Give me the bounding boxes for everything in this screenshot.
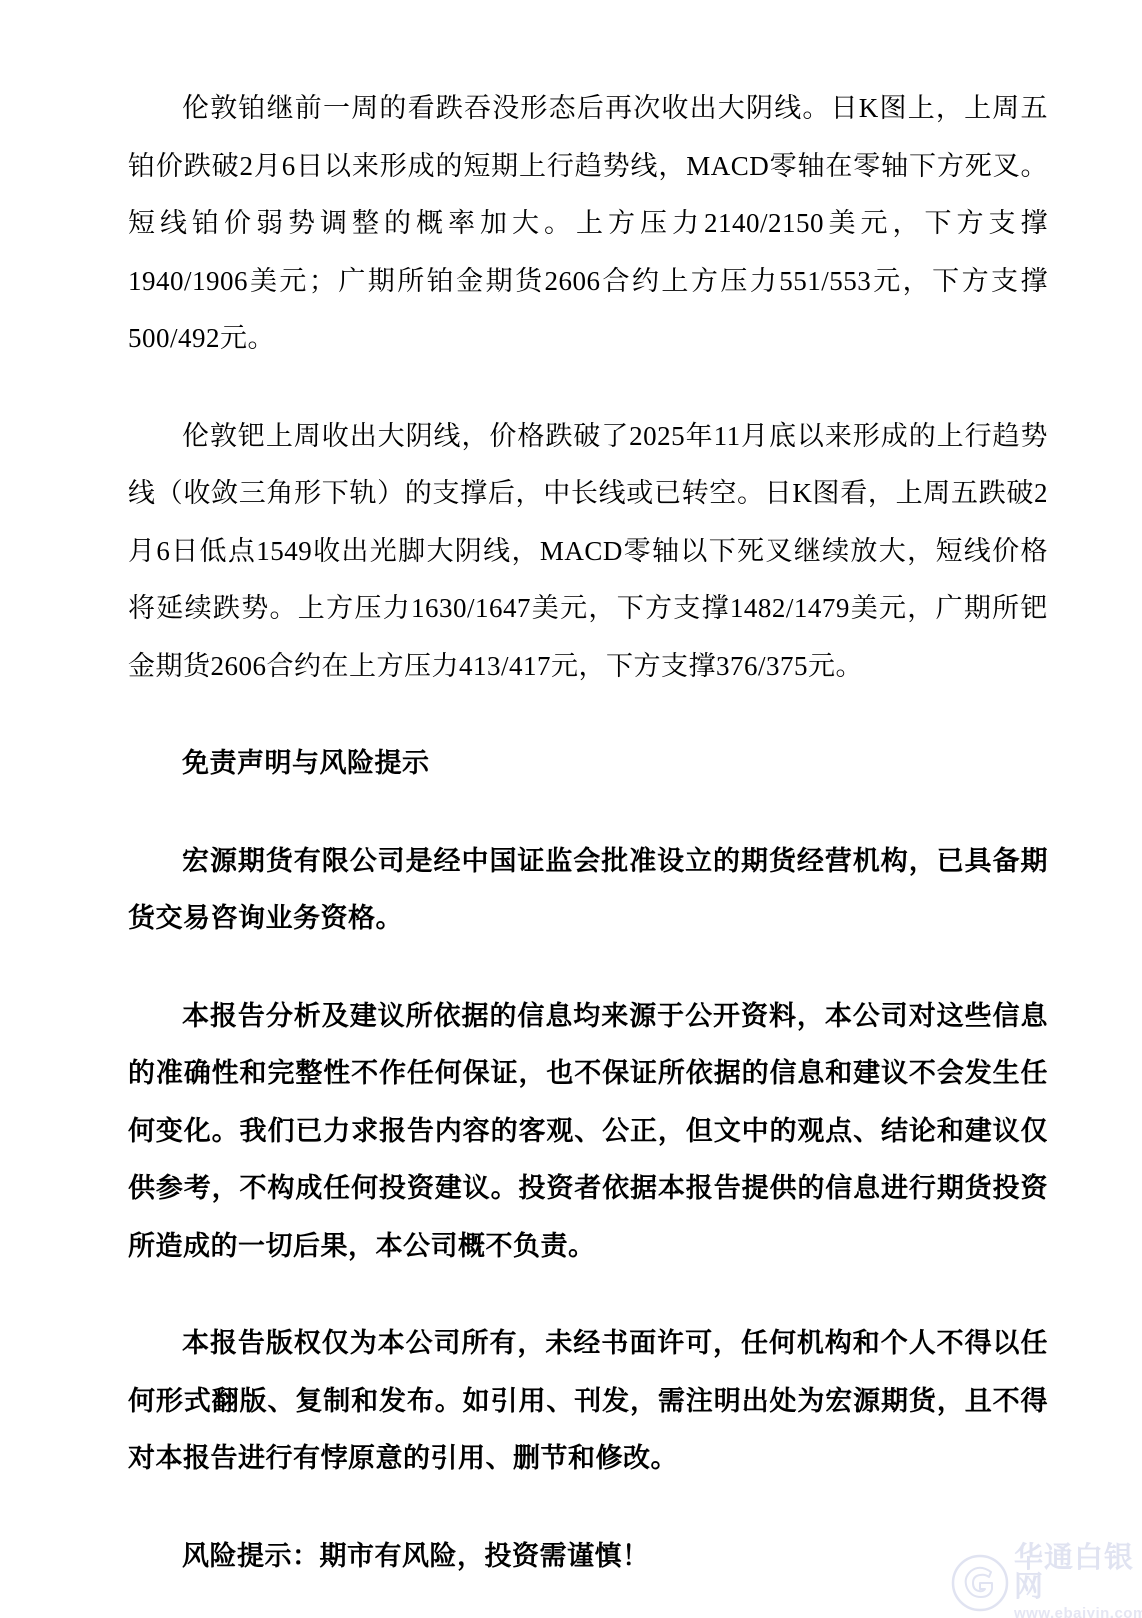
paragraph-copyright-notice: 本报告版权仅为本公司所有，未经书面许可，任何机构和个人不得以任何形式翻版、复制和…: [128, 1315, 1048, 1488]
document-page: 伦敦铂继前一周的看跌吞没形态后再次收出大阴线。日K图上，上周五铂价跌破2月6日以…: [128, 80, 1048, 1618]
watermark-site-name: 华通白银网: [1014, 1544, 1142, 1602]
paragraph-information-disclaimer: 本报告分析及建议所依据的信息均来源于公开资料，本公司对这些信息的准确性和完整性不…: [128, 988, 1048, 1276]
paragraph-platinum-analysis: 伦敦铂继前一周的看跌吞没形态后再次收出大阴线。日K图上，上周五铂价跌破2月6日以…: [128, 80, 1048, 368]
watermark-logo-icon: [950, 1553, 1010, 1613]
paragraph-palladium-analysis: 伦敦钯上周收出大阴线，价格跌破了2025年11月底以来形成的上行趋势线（收敛三角…: [128, 408, 1048, 696]
watermark-site-url: www.ebaiyin.com: [1014, 1606, 1142, 1618]
paragraph-company-qualification: 宏源期货有限公司是经中国证监会批准设立的期货经营机构，已具备期货交易咨询业务资格…: [128, 833, 1048, 948]
watermark: 华通白银网 www.ebaiyin.com: [950, 1544, 1142, 1618]
paragraph-risk-warning: 风险提示：期市有风险，投资需谨慎！: [128, 1528, 1048, 1586]
disclaimer-heading: 免责声明与风险提示: [128, 735, 1048, 793]
